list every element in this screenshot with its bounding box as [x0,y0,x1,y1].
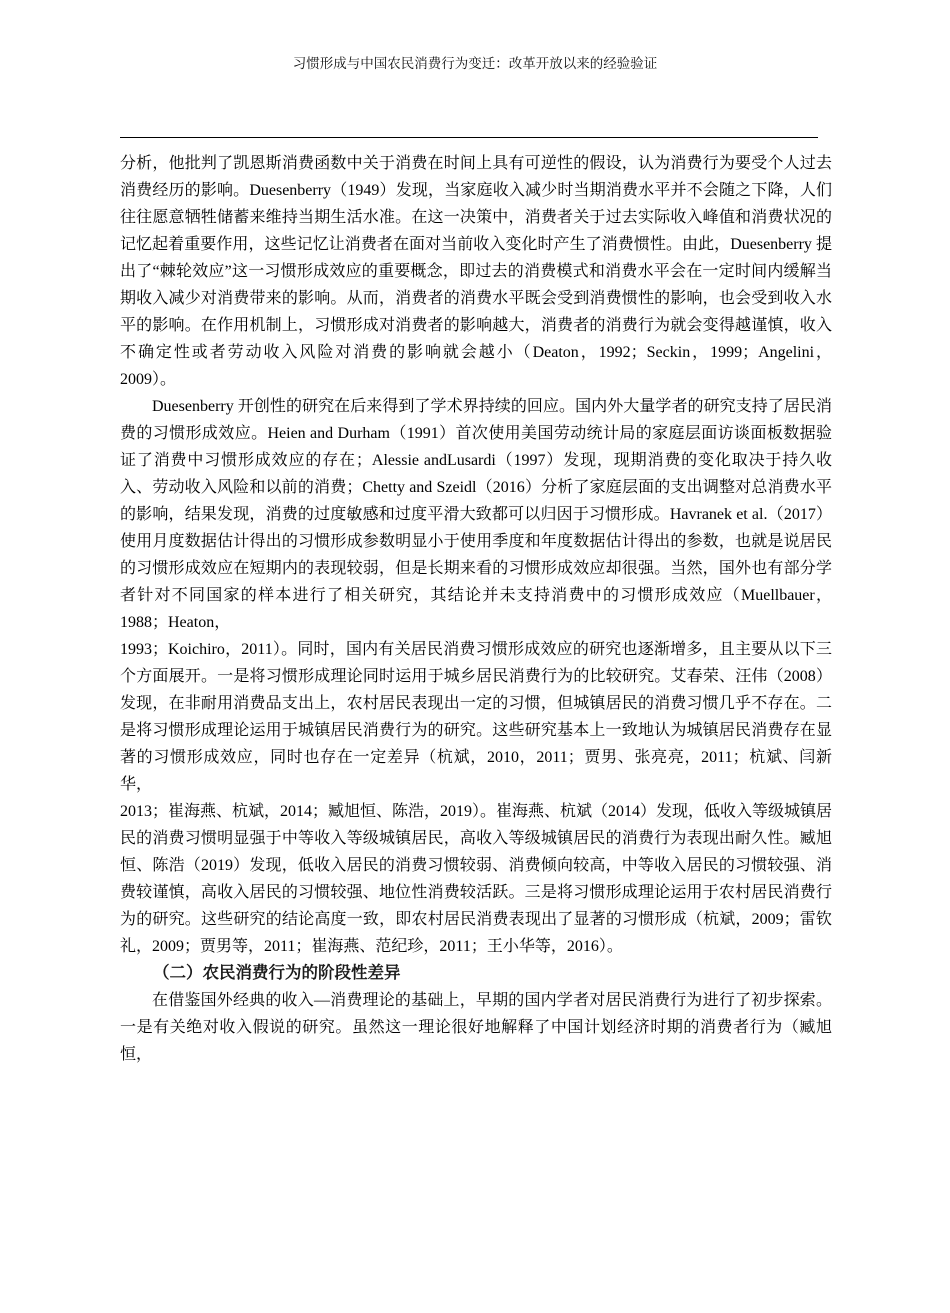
document-page: 习惯形成与中国农民消费行为变迁：改革开放以来的经验验证 分析，他批判了凯恩斯消费… [0,0,950,1313]
header-divider [120,137,818,138]
paragraph-habit-formation-intro: 分析，他批判了凯恩斯消费函数中关于消费在时间上具有可逆性的假设，认为消费行为要受… [120,150,832,393]
paragraph-income-consumption-theory: 在借鉴国外经典的收入—消费理论的基础上，早期的国内学者对居民消费行为进行了初步探… [120,987,832,1068]
document-body: 分析，他批判了凯恩斯消费函数中关于消费在时间上具有可逆性的假设，认为消费行为要受… [120,150,832,1068]
section-heading-stage-differences: （二）农民消费行为的阶段性差异 [120,960,832,987]
page-title: 习惯形成与中国农民消费行为变迁：改革开放以来的经验验证 [119,54,831,74]
paragraph-literature-review: Duesenberry 开创性的研究在后来得到了学术界持续的回应。国内外大量学者… [120,393,832,960]
